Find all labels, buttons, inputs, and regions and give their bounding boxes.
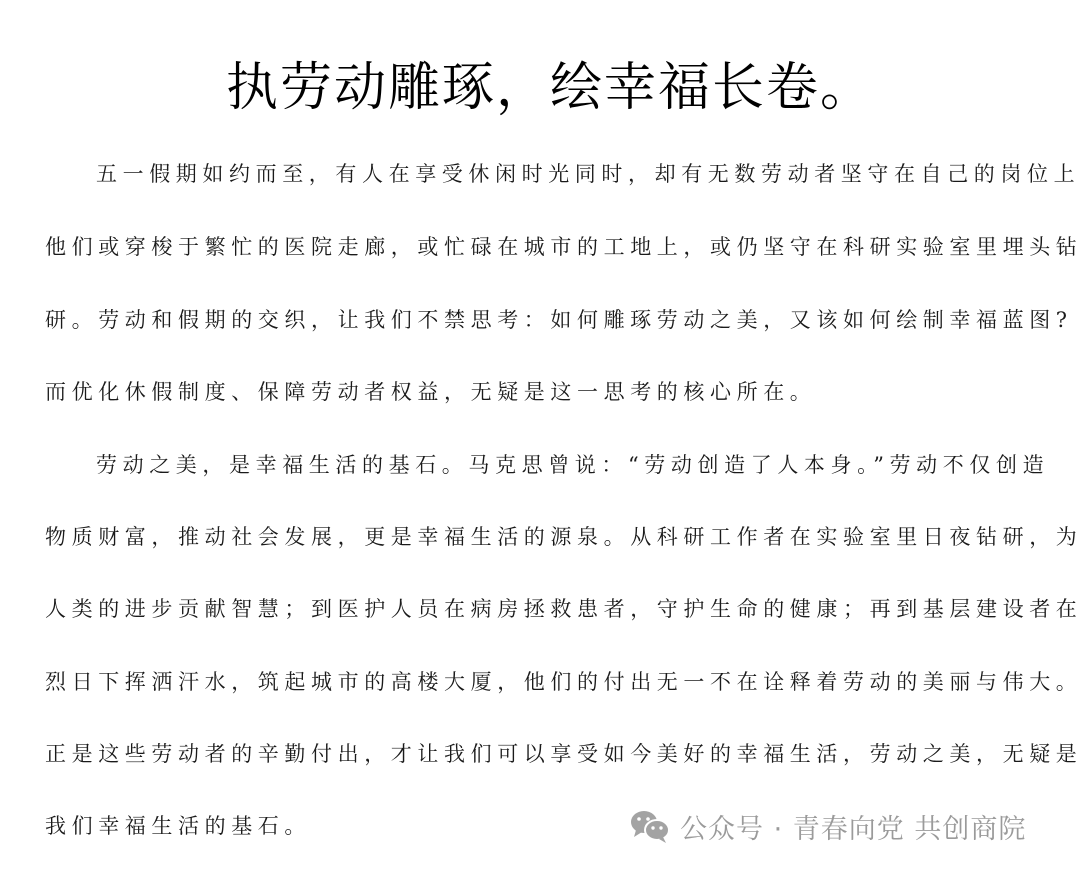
paragraph-line: 正是这些劳动者的辛勤付出，才让我们可以享受如今美好的幸福生活，劳动之美，无疑是 [45,734,1080,774]
wechat-icon [628,808,672,844]
paragraph-line: 他们或穿梭于繁忙的医院走廊，或忙碌在城市的工地上，或仍坚守在科研实验室里埋头钻 [45,227,1080,267]
paragraph-line: 人类的进步贡献智慧；到医护人员在病房拯救患者，守护生命的健康；再到基层建设者在 [45,589,1080,629]
paragraph-line: 我们幸福生活的基石。 [45,806,311,846]
watermark-text: 公众号 · 青春向党 共创商院 [680,807,1026,846]
paragraph-line: 劳动之美，是幸福生活的基石。马克思曾说：“劳动创造了人本身。”劳动不仅创造 [96,445,1049,485]
paragraph-line: 五一假期如约而至，有人在享受休闲时光同时，却有无数劳动者坚守在自己的岗位上。 [96,154,1080,194]
paragraph-line: 而优化休假制度、保障劳动者权益，无疑是这一思考的核心所在。 [45,372,816,412]
watermark: 公众号 · 青春向党 共创商院 [628,806,1026,846]
paragraph-line: 烈日下挥洒汗水，筑起城市的高楼大厦，他们的付出无一不在诠释着劳动的美丽与伟大。 [45,662,1080,702]
paragraph-line: 研。劳动和假期的交织，让我们不禁思考：如何雕琢劳动之美，又该如何绘制幸福蓝图? [45,300,1073,340]
paragraph-line: 物质财富，推动社会发展，更是幸福生活的源泉。从科研工作者在实验室里日夜钻研，为 [45,517,1080,557]
page-title: 执劳动雕琢，绘幸福长卷。 [0,53,1080,123]
